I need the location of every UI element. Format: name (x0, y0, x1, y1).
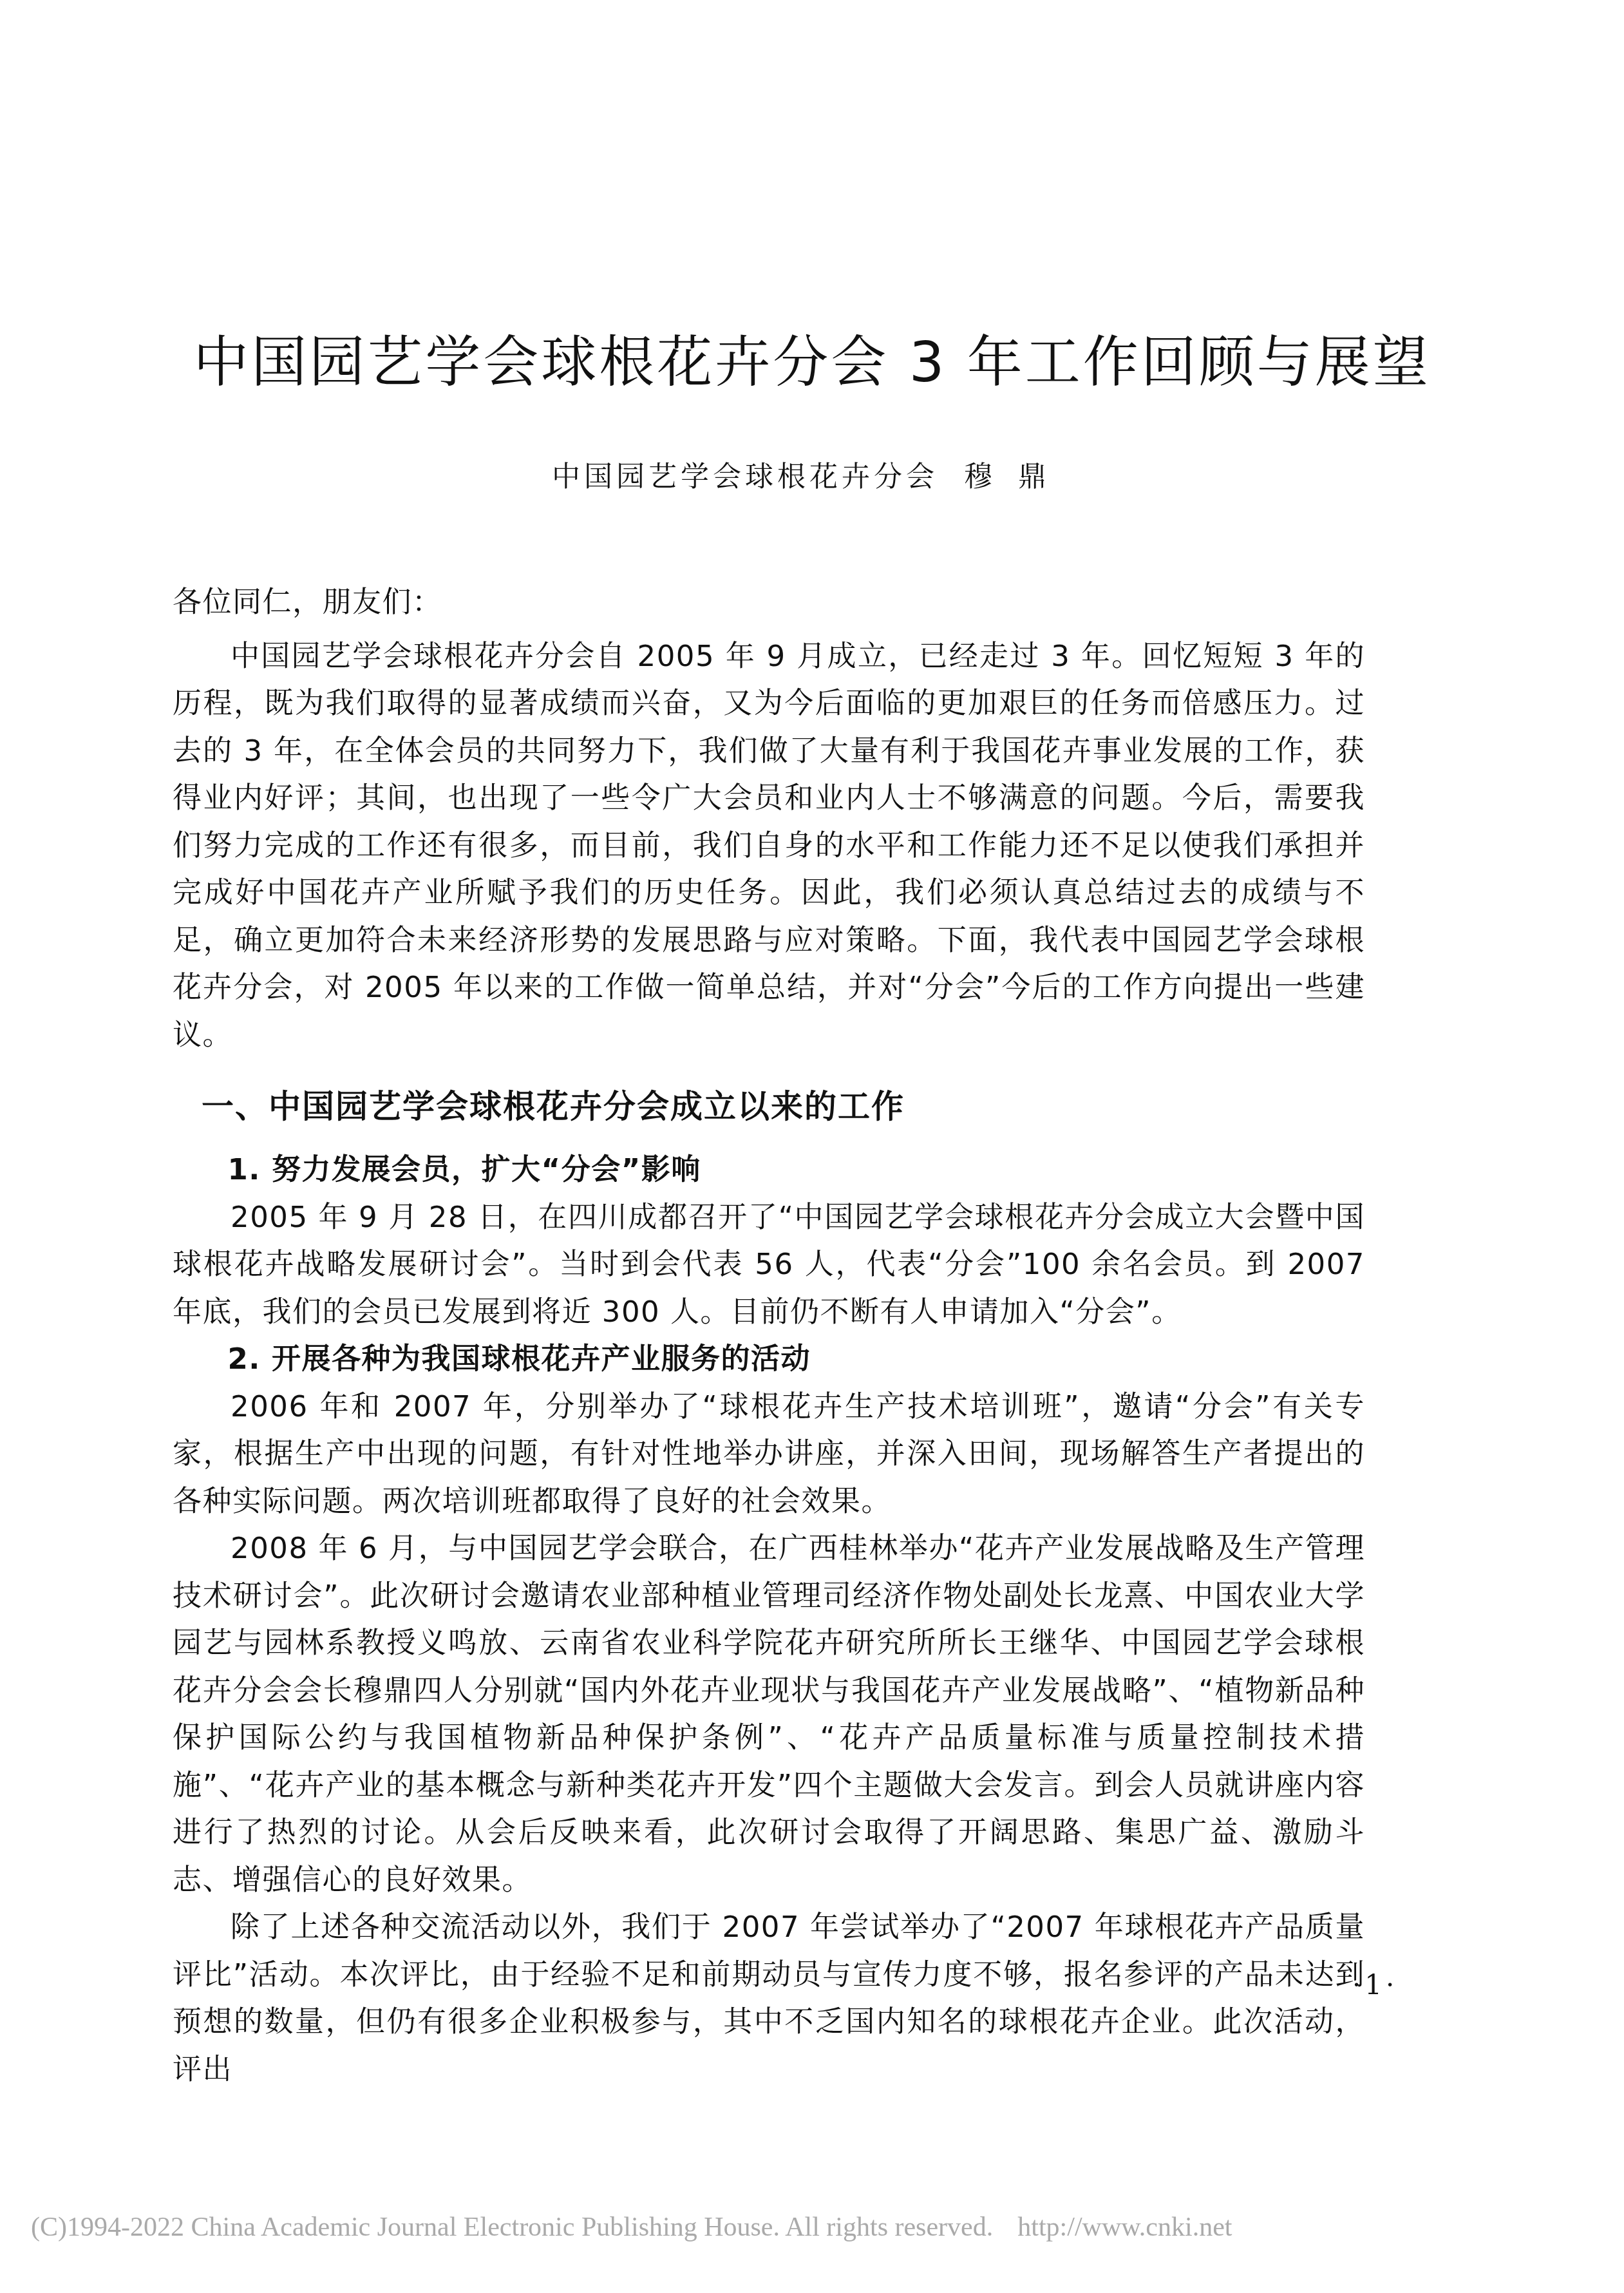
article-body: 各位同仁，朋友们： 中国园艺学会球根花卉分会自 2005 年 9 月成立，已经走… (173, 578, 1365, 2093)
article-title: 中国园艺学会球根花卉分会 3 年工作回顾与展望 (0, 327, 1624, 398)
copyright-footer: (C)1994-2022 China Academic Journal Elec… (31, 2208, 1602, 2247)
footer-url[interactable]: http://www.cnki.net (1017, 2212, 1232, 2242)
document-page: 中国园艺学会球根花卉分会 3 年工作回顾与展望 中国园艺学会球根花卉分会穆鼎 各… (0, 0, 1624, 2293)
author-organization: 中国园艺学会球根花卉分会 (552, 461, 938, 493)
subsection-heading: 1. 努力发展会员，扩大“分会”影响 (173, 1146, 1365, 1194)
paragraph: 2006 年和 2007 年，分别举办了“球根花卉生产技术培训班”，邀请“分会”… (173, 1383, 1365, 1525)
copyright-text: (C)1994-2022 China Academic Journal Elec… (31, 2212, 993, 2242)
paragraph: 除了上述各种交流活动以外，我们于 2007 年尝试举办了“2007 年球根花卉产… (173, 1903, 1365, 2093)
subsection-heading: 2. 开展各种为我国球根花卉产业服务的活动 (173, 1335, 1365, 1383)
author-name: 穆鼎 (964, 461, 1072, 493)
intro-paragraph: 中国园艺学会球根花卉分会自 2005 年 9 月成立，已经走过 3 年。回忆短短… (173, 633, 1365, 1059)
byline: 中国园艺学会球根花卉分会穆鼎 (0, 455, 1624, 500)
paragraph: 2008 年 6 月，与中国园艺学会联合，在广西桂林举办“花卉产业发展战略及生产… (173, 1525, 1365, 1903)
paragraph: 2005 年 9 月 28 日，在四川成都召开了“中国园艺学会球根花卉分会成立大… (173, 1194, 1365, 1336)
section-heading: 一、中国园艺学会球根花卉分会成立以来的工作 (173, 1083, 1365, 1130)
page-number: ·1· (1352, 1966, 1398, 2004)
salutation: 各位同仁，朋友们： (173, 578, 1365, 626)
